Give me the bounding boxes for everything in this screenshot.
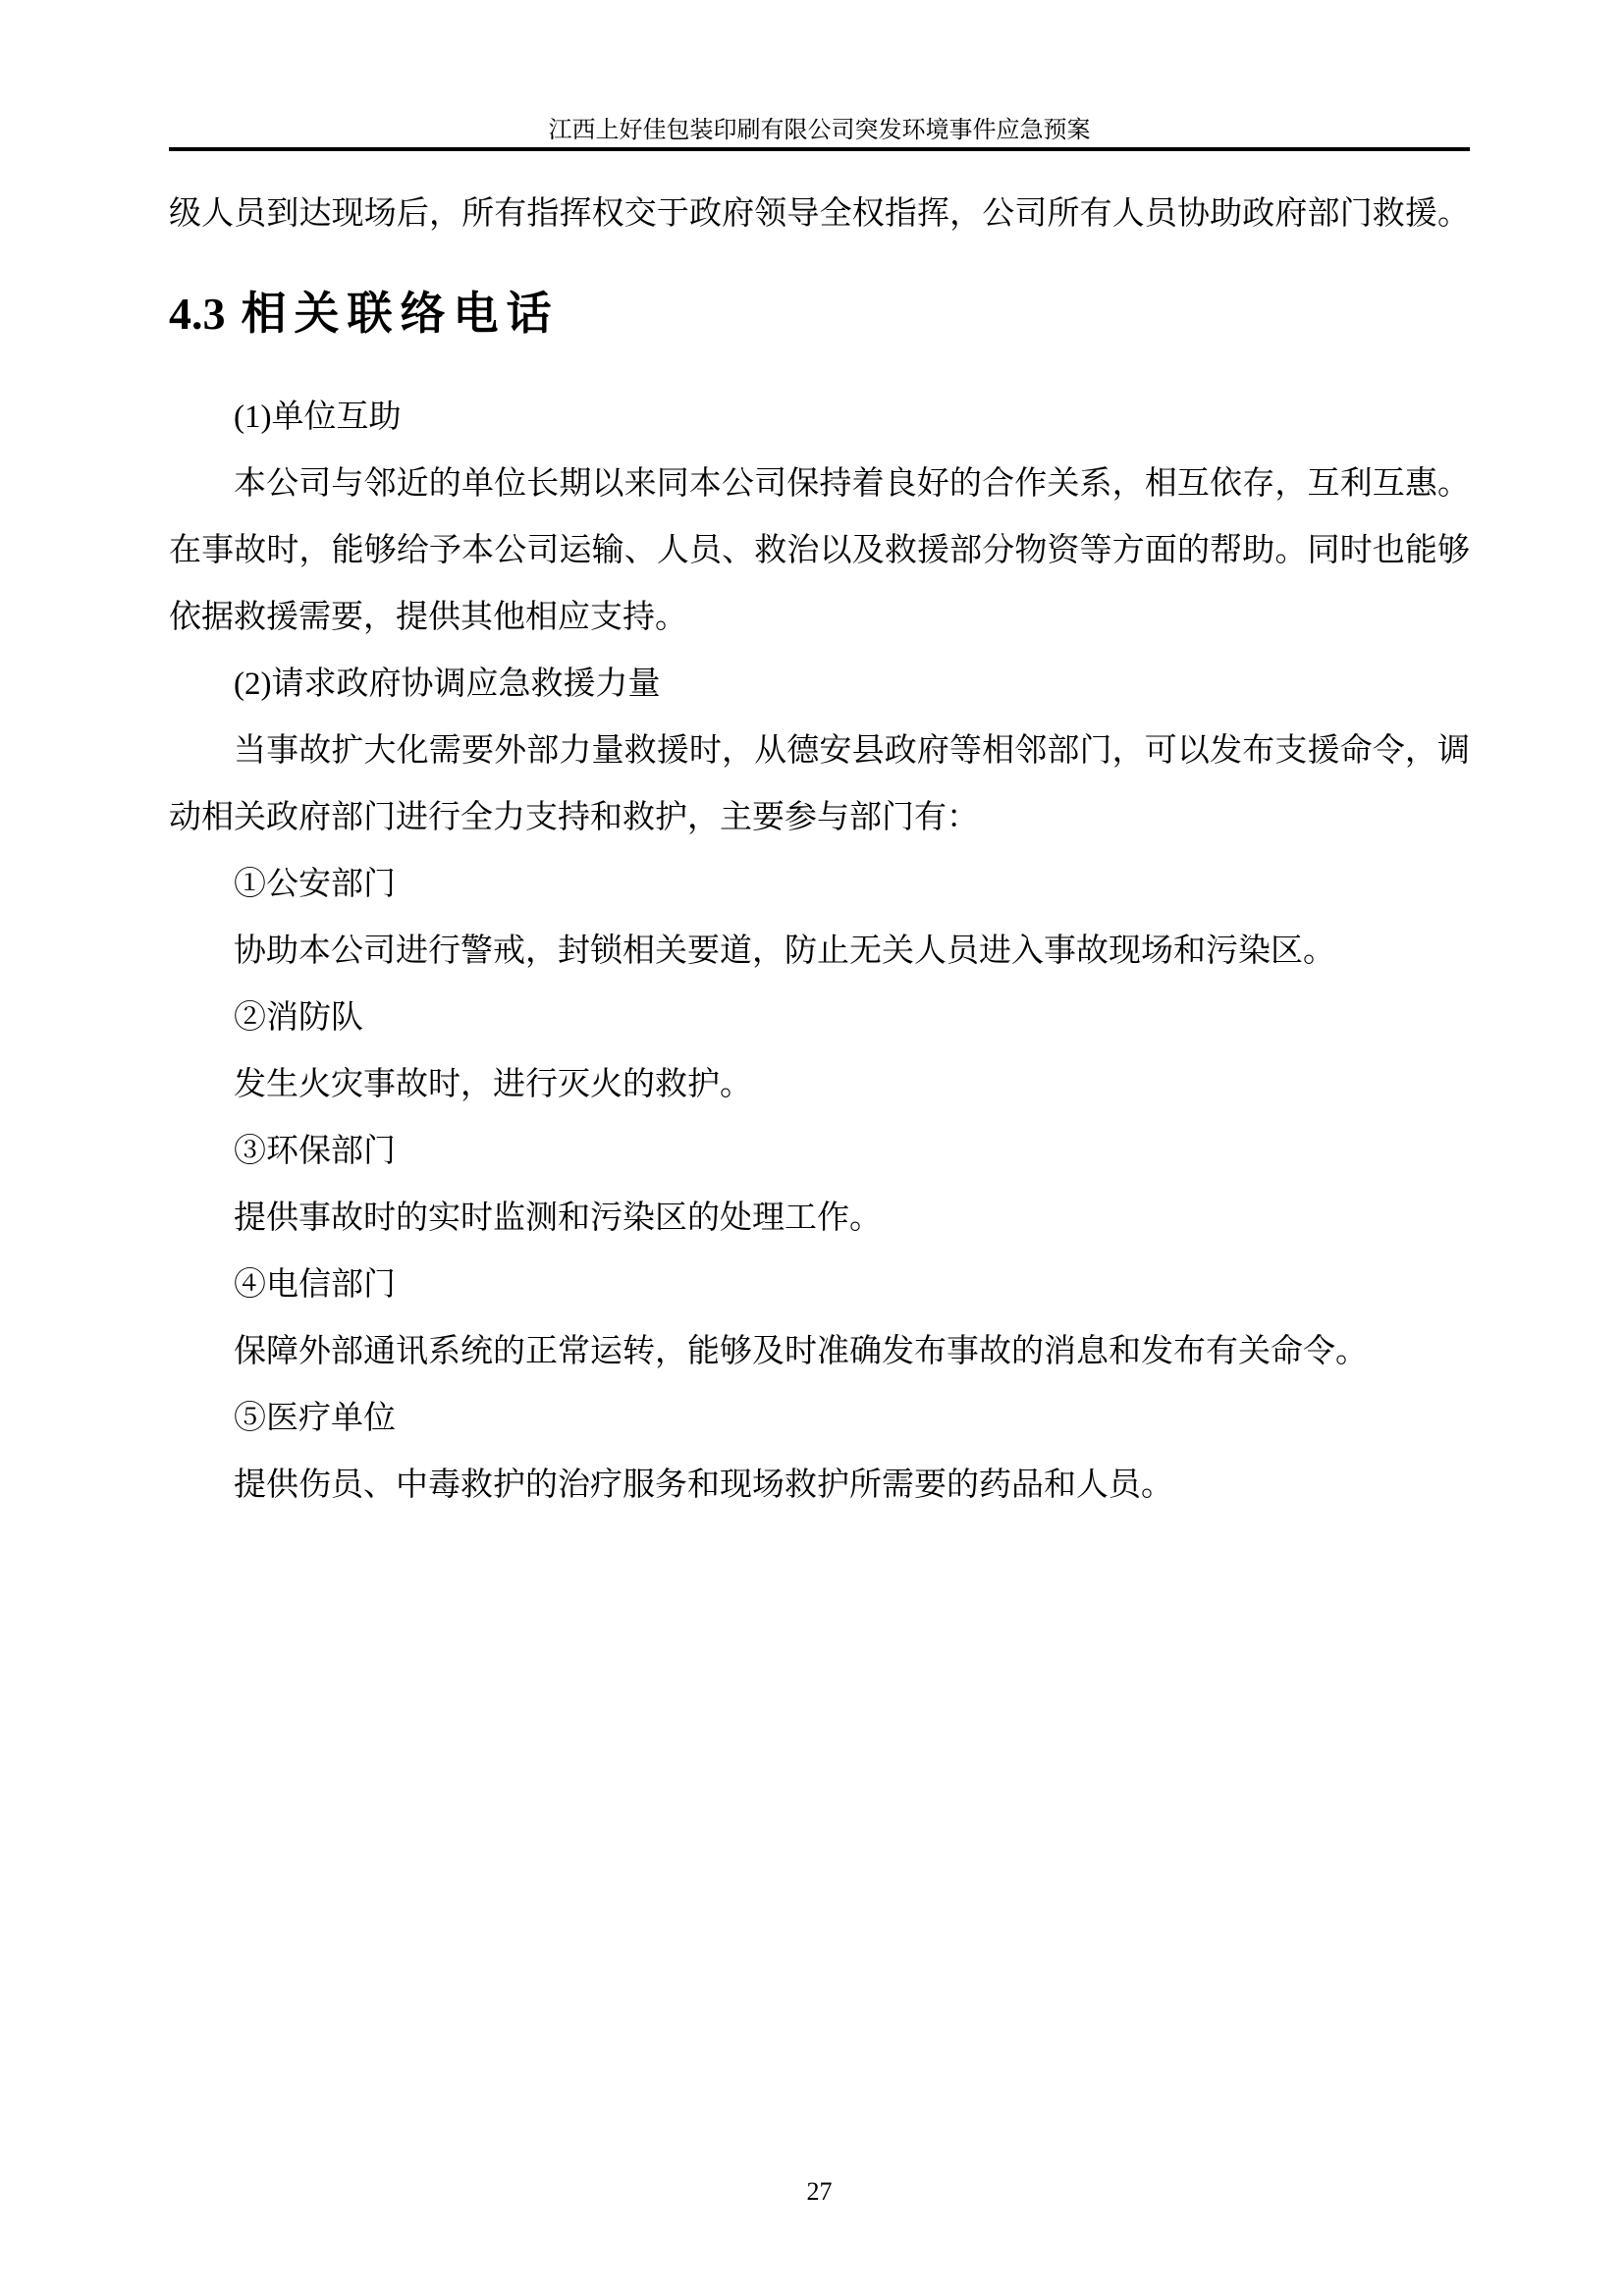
intro-paragraph: 级人员到达现场后，所有指挥权交于政府领导全权指挥，公司所有人员协助政府部门救援。 bbox=[169, 181, 1470, 247]
section-title: 相关联络电话 bbox=[242, 289, 560, 339]
section-heading: 4.3相关联络电话 bbox=[169, 283, 1470, 346]
paragraph-line: (2)请求政府协调应急救援力量 bbox=[169, 651, 1470, 718]
header-title: 江西上好佳包装印刷有限公司突发环境事件应急预案 bbox=[549, 118, 1091, 143]
paragraph-line: 依据救援需要，提供其他相应支持。 bbox=[169, 584, 1470, 651]
paragraph-line: 当事故扩大化需要外部力量救援时，从德安县政府等相邻部门，可以发布支援命令，调 bbox=[169, 718, 1470, 784]
header-rule bbox=[169, 147, 1470, 151]
paragraph-line: ④电信部门 bbox=[169, 1252, 1470, 1318]
paragraph-line: 本公司与邻近的单位长期以来同本公司保持着良好的合作关系，相互依存，互利互惠。 bbox=[169, 451, 1470, 517]
paragraph-line: ⑤医疗单位 bbox=[169, 1385, 1470, 1452]
paragraph-line: (1)单位互助 bbox=[169, 384, 1470, 451]
paragraph-line: ②消防队 bbox=[169, 985, 1470, 1051]
section-number: 4.3 bbox=[169, 289, 226, 339]
body-lines: (1)单位互助本公司与邻近的单位长期以来同本公司保持着良好的合作关系，相互依存，… bbox=[169, 384, 1470, 1519]
paragraph-line: 发生火灾事故时，进行灭火的救护。 bbox=[169, 1051, 1470, 1118]
paragraph-line: 保障外部通讯系统的正常运转，能够及时准确发布事故的消息和发布有关命令。 bbox=[169, 1318, 1470, 1385]
document-page: 江西上好佳包装印刷有限公司突发环境事件应急预案 级人员到达现场后，所有指挥权交于… bbox=[0, 0, 1624, 2296]
page-header: 江西上好佳包装印刷有限公司突发环境事件应急预案 bbox=[169, 118, 1470, 143]
paragraph-line: ③环保部门 bbox=[169, 1118, 1470, 1185]
paragraph-line: 协助本公司进行警戒，封锁相关要道，防止无关人员进入事故现场和污染区。 bbox=[169, 918, 1470, 985]
paragraph-line: ①公安部门 bbox=[169, 851, 1470, 918]
paragraph-line: 提供事故时的实时监测和污染区的处理工作。 bbox=[169, 1185, 1470, 1252]
paragraph-line: 动相关政府部门进行全力支持和救护，主要参与部门有： bbox=[169, 784, 1470, 851]
paragraph-line: 在事故时，能够给予本公司运输、人员、救治以及救援部分物资等方面的帮助。同时也能够 bbox=[169, 517, 1470, 584]
paragraph-line: 提供伤员、中毒救护的治疗服务和现场救护所需要的药品和人员。 bbox=[169, 1452, 1470, 1519]
page-number: 27 bbox=[169, 2177, 1470, 2207]
